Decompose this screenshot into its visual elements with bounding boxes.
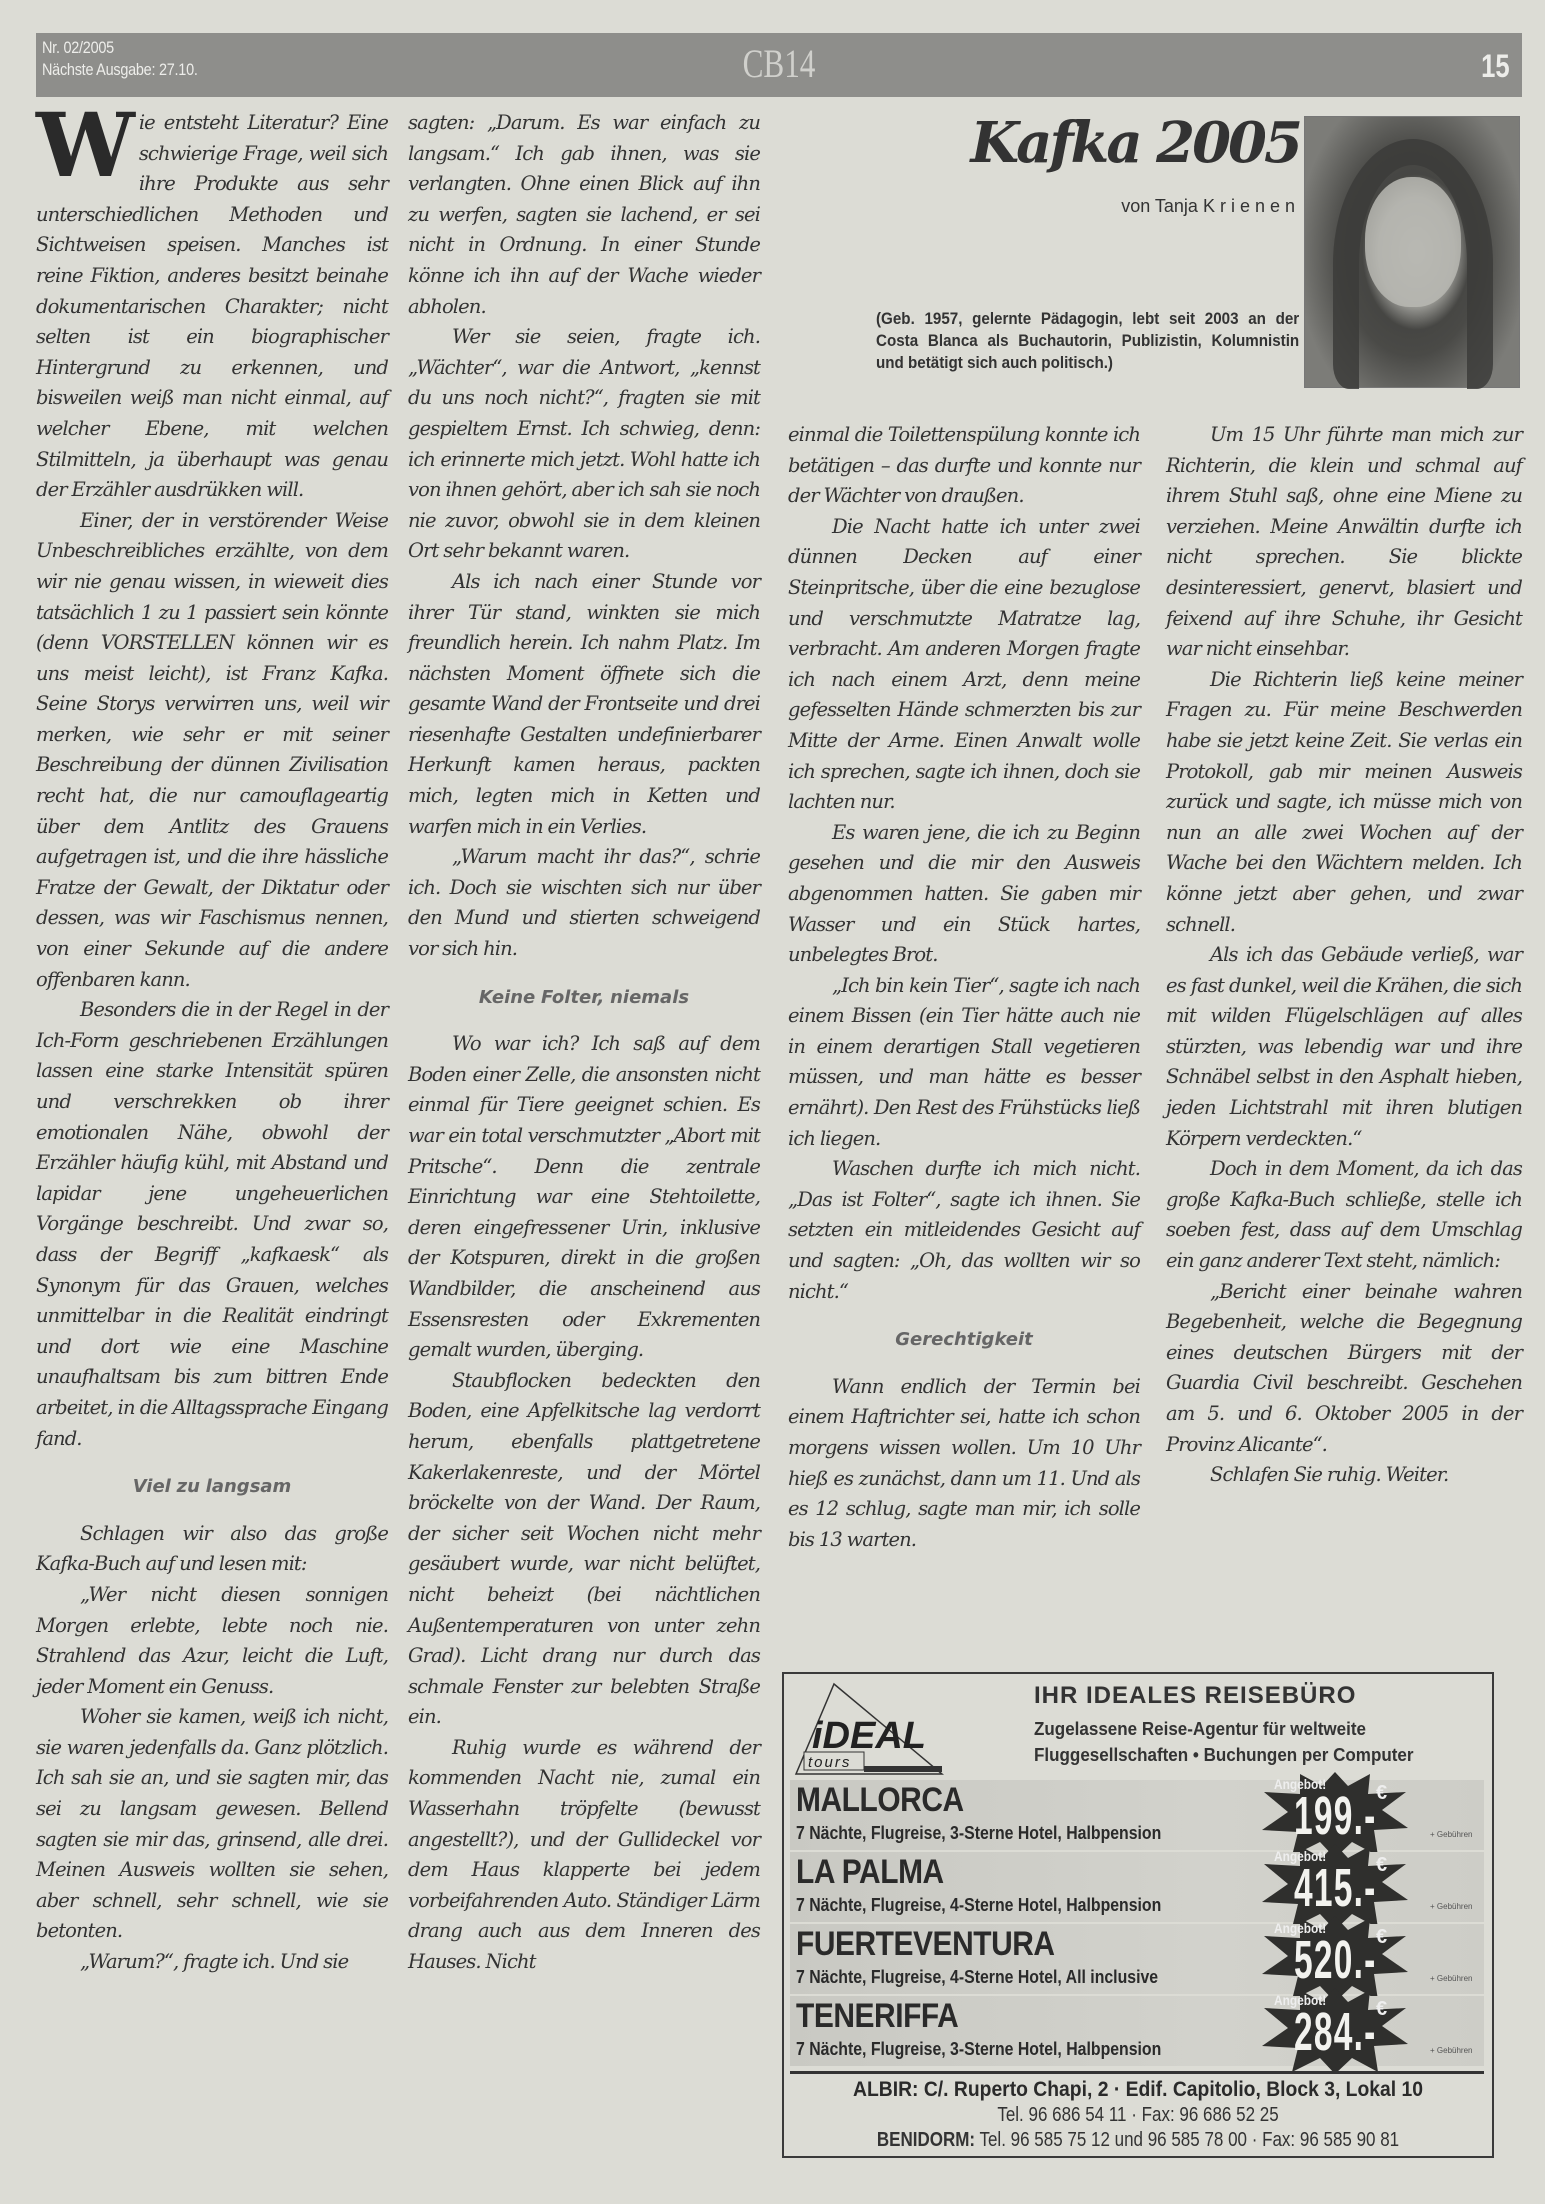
paragraph: Als ich das Gebäude verließ, war es fast… <box>1166 940 1522 1154</box>
albir-address: ALBIR: C/. Ruperto Chapi, 2 · Edif. Capi… <box>812 2078 1463 2102</box>
paragraph: Wie entsteht Literatur? Eine schwierige … <box>36 108 388 506</box>
newspaper-page: Nr. 02/2005 Nächste Ausgabe: 27.10. CB14… <box>0 0 1545 2204</box>
paragraph: Wann endlich der Termin bei einem Haftri… <box>788 1372 1140 1556</box>
paragraph: Wo war ich? Ich saß auf dem Boden einer … <box>408 1029 760 1366</box>
offer-destination: TENERIFFA <box>796 1996 958 2036</box>
ideal-tours-logo: iDEAL tours <box>794 1682 944 1777</box>
offer-row: MALLORCA 7 Nächte, Flugreise, 3-Sterne H… <box>790 1780 1484 1850</box>
paragraph: Es waren jene, die ich zu Beginn gesehen… <box>788 818 1140 971</box>
paragraph: „Ich bin kein Tier“, sagte ich nach eine… <box>788 971 1140 1155</box>
byline-prefix: von Tanja <box>1121 196 1198 216</box>
byline: von Tanja Krienen <box>960 196 1300 217</box>
article-column-2: sagten: „Darum. Es war einfach zu langsa… <box>408 108 760 1978</box>
masthead-bar: Nr. 02/2005 Nächste Ausgabe: 27.10. CB14… <box>36 33 1522 97</box>
paragraph: Die Richterin ließ keine meiner Fragen z… <box>1166 665 1522 940</box>
article-column-1: Wie entsteht Literatur? Eine schwierige … <box>36 108 388 1978</box>
benidorm-numbers: Tel. 96 585 75 12 und 96 585 78 00 · Fax… <box>979 2129 1399 2151</box>
publication-name: CB14 <box>199 41 1358 87</box>
paragraph: „Bericht einer beinahe wahren Begebenhei… <box>1166 1277 1522 1461</box>
paragraph: Schlafen Sie ruhig. Weiter. <box>1166 1460 1522 1491</box>
offer-destination: FUERTEVENTURA <box>796 1924 1055 1964</box>
author-photo <box>1304 116 1520 388</box>
paragraph: Staubflocken bedeckten den Boden, eine A… <box>408 1366 760 1733</box>
offer-destination: LA PALMA <box>796 1852 944 1892</box>
paragraph: Um 15 Uhr führte man mich zur Richterin,… <box>1166 420 1522 665</box>
ad-subline: Zugelassene Reise-Agentur für weltweite … <box>1034 1716 1414 1768</box>
article-title: Kafka 2005 <box>960 108 1300 178</box>
article-column-4: Um 15 Uhr führte man mich zur Richterin,… <box>1166 420 1522 1491</box>
paragraph: einmal die Toilettenspülung konnte ich b… <box>788 420 1140 512</box>
subheading: Gerechtigkeit <box>788 1325 1140 1356</box>
offer-destination: MALLORCA <box>796 1780 964 1820</box>
fee-note: + Gebühren <box>1430 1830 1472 1839</box>
article-column-3: einmal die Toilettenspülung konnte ich b… <box>788 420 1140 1555</box>
paragraph: Waschen durfte ich mich nicht. „Das ist … <box>788 1154 1140 1307</box>
byline-author: Krienen <box>1203 196 1300 216</box>
issue-info: Nr. 02/2005 Nächste Ausgabe: 27.10. <box>42 37 198 81</box>
issue-number: Nr. 02/2005 <box>42 37 198 59</box>
photo-face-shape <box>1365 177 1461 307</box>
offer-row: TENERIFFA 7 Nächte, Flugreise, 3-Sterne … <box>790 1996 1484 2066</box>
offer-row: LA PALMA 7 Nächte, Flugreise, 4-Sterne H… <box>790 1852 1484 1922</box>
benidorm-contact: BENIDORM: Tel. 96 585 75 12 und 96 585 7… <box>837 2129 1439 2152</box>
subheading: Viel zu langsam <box>36 1472 388 1503</box>
paragraph: Doch in dem Moment, da ich das große Kaf… <box>1166 1154 1522 1276</box>
paragraph: Einer, der in verstörender Weise Unbesch… <box>36 506 388 996</box>
offer-details: 7 Nächte, Flugreise, 4-Sterne Hotel, Hal… <box>796 1894 1161 1916</box>
author-bio: (Geb. 1957, gelernte Pädagogin, lebt sei… <box>876 308 1299 374</box>
paragraph: Ruhig wurde es während der kommenden Nac… <box>408 1733 760 1978</box>
price-starburst: Angebot! 284.- € <box>1260 1988 1410 2074</box>
svg-text:tours: tours <box>808 1754 851 1771</box>
albir-contact: Tel. 96 686 54 11 · Fax: 96 686 52 25 <box>837 2104 1439 2127</box>
offer-details: 7 Nächte, Flugreise, 3-Sterne Hotel, Hal… <box>796 2038 1161 2060</box>
fee-note: + Gebühren <box>1430 2046 1472 2055</box>
page-number: 15 <box>1482 46 1510 86</box>
benidorm-label: BENIDORM: <box>877 2129 975 2151</box>
next-issue-date: Nächste Ausgabe: 27.10. <box>42 59 198 81</box>
paragraph: Woher sie kamen, weiß ich nicht, sie war… <box>36 1702 388 1947</box>
paragraph: Schlagen wir also das große Kafka-Buch a… <box>36 1519 388 1580</box>
ad-divider <box>790 2071 1484 2074</box>
paragraph: sagten: „Darum. Es war einfach zu langsa… <box>408 108 760 322</box>
travel-agency-advertisement: iDEAL tours IHR IDEALES REISEBÜRO Zugela… <box>782 1672 1494 2158</box>
offer-details: 7 Nächte, Flugreise, 4-Sterne Hotel, All… <box>796 1966 1158 1988</box>
drop-cap: W <box>36 112 129 178</box>
paragraph: Als ich nach einer Stunde vor ihrer Tür … <box>408 567 760 842</box>
paragraph: „Wer nicht diesen sonnigen Morgen erlebt… <box>36 1580 388 1702</box>
offer-row: FUERTEVENTURA 7 Nächte, Flugreise, 4-Ste… <box>790 1924 1484 1994</box>
fee-note: + Gebühren <box>1430 1974 1472 1983</box>
paragraph: „Warum?“, fragte ich. Und sie <box>36 1947 388 1978</box>
ad-headline: IHR IDEALES REISEBÜRO <box>1034 1682 1356 1710</box>
paragraph: Wer sie seien, fragte ich. „Wächter“, wa… <box>408 322 760 567</box>
fee-note: + Gebühren <box>1430 1902 1472 1911</box>
paragraph: Die Nacht hatte ich unter zwei dünnen De… <box>788 512 1140 818</box>
offer-details: 7 Nächte, Flugreise, 3-Sterne Hotel, Hal… <box>796 1822 1161 1844</box>
subheading: Keine Folter, niemals <box>408 983 760 1014</box>
paragraph: Besonders die in der Regel in der Ich-Fo… <box>36 995 388 1454</box>
paragraph: „Warum macht ihr das?“, schrie ich. Doch… <box>408 842 760 964</box>
svg-text:iDEAL: iDEAL <box>812 1715 926 1757</box>
